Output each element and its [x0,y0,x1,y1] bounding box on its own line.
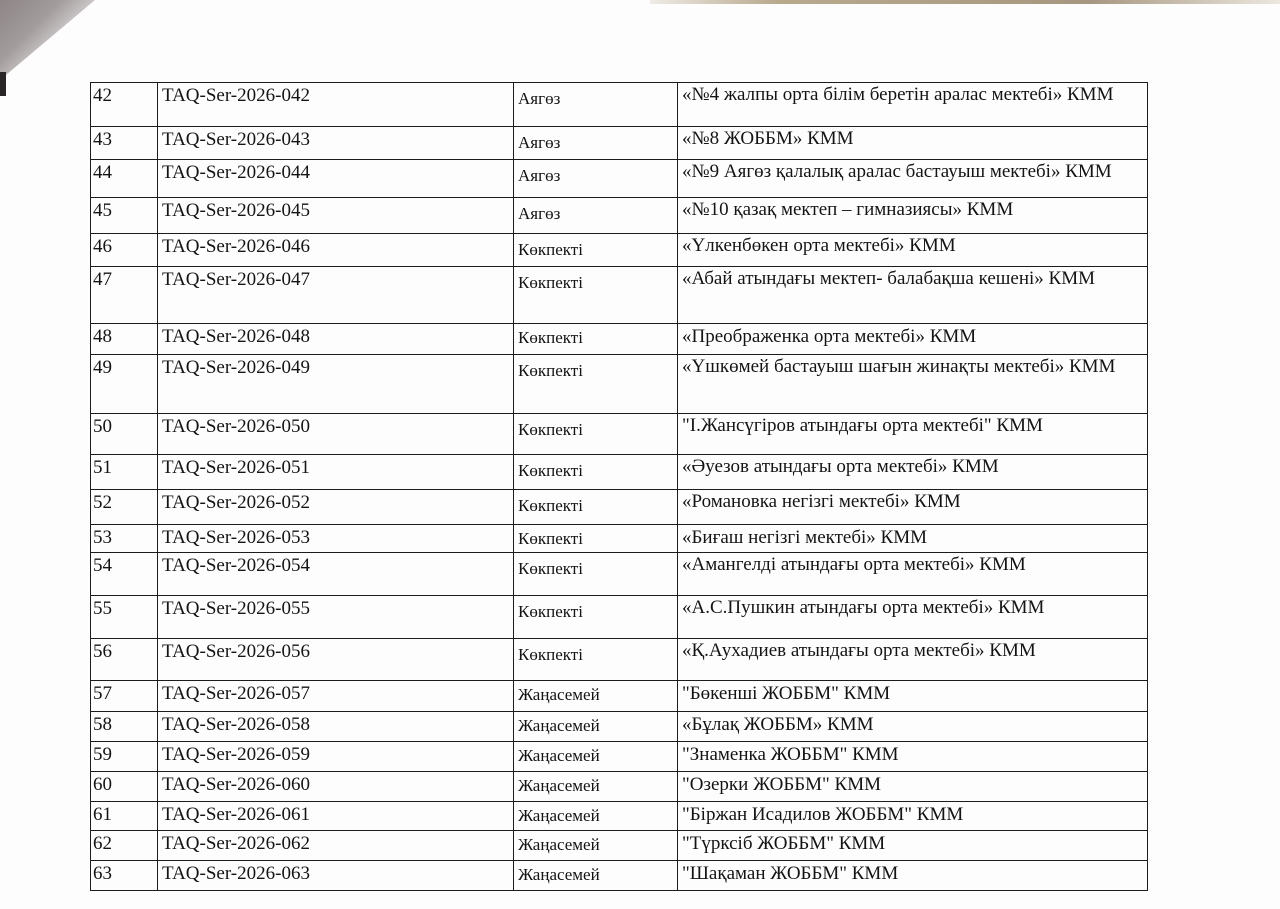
row-number: 53 [91,525,158,553]
row-number: 55 [91,596,158,639]
row-school-name: «№4 жалпы орта білім беретін аралас мект… [678,83,1148,127]
row-number: 46 [91,234,158,267]
table-row: 55 TAQ-Ser-2026-055 Көкпекті «А.С.Пушкин… [91,596,1148,639]
row-code: TAQ-Ser-2026-045 [158,198,514,234]
row-number: 51 [91,455,158,490]
row-school-name: «Үлкенбөкен орта мектебі» КММ [678,234,1148,267]
row-district: Көкпекті [514,324,678,355]
row-school-name: «Қ.Аухадиев атындағы орта мектебі» КММ [678,639,1148,681]
row-code: TAQ-Ser-2026-048 [158,324,514,355]
table-row: 62 TAQ-Ser-2026-062 Жаңасемей "Түрксіб Ж… [91,831,1148,861]
table-row: 52 TAQ-Ser-2026-052 Көкпекті «Романовка … [91,490,1148,525]
row-district: Аягөз [514,160,678,198]
row-school-name: "Түрксіб ЖОББМ" КММ [678,831,1148,861]
row-code: TAQ-Ser-2026-043 [158,127,514,160]
row-code: TAQ-Ser-2026-060 [158,772,514,802]
table-row: 48 TAQ-Ser-2026-048 Көкпекті «Преображен… [91,324,1148,355]
row-code: TAQ-Ser-2026-063 [158,861,514,891]
row-code: TAQ-Ser-2026-055 [158,596,514,639]
row-district: Аягөз [514,127,678,160]
row-number: 45 [91,198,158,234]
row-district: Көкпекті [514,267,678,324]
table-row: 45 TAQ-Ser-2026-045 Аягөз «№10 қазақ мек… [91,198,1148,234]
row-code: TAQ-Ser-2026-051 [158,455,514,490]
row-code: TAQ-Ser-2026-052 [158,490,514,525]
table-row: 43 TAQ-Ser-2026-043 Аягөз «№8 ЖОББМ» КММ [91,127,1148,160]
row-district: Көкпекті [514,414,678,455]
row-number: 60 [91,772,158,802]
photo-background-edge [0,72,6,96]
table-row: 53 TAQ-Ser-2026-053 Көкпекті «Биғаш негі… [91,525,1148,553]
row-district: Көкпекті [514,639,678,681]
table-row: 42 TAQ-Ser-2026-042 Аягөз «№4 жалпы орта… [91,83,1148,127]
row-school-name: «А.С.Пушкин атындағы орта мектебі» КММ [678,596,1148,639]
row-district: Жаңасемей [514,712,678,742]
row-district: Көкпекті [514,490,678,525]
table-row: 57 TAQ-Ser-2026-057 Жаңасемей "Бөкенші Ж… [91,681,1148,712]
table-row: 46 TAQ-Ser-2026-046 Көкпекті «Үлкенбөкен… [91,234,1148,267]
row-school-name: «Биғаш негізгі мектебі» КММ [678,525,1148,553]
table-body: 42 TAQ-Ser-2026-042 Аягөз «№4 жалпы орта… [91,83,1148,891]
document-page: 42 TAQ-Ser-2026-042 Аягөз «№4 жалпы орта… [90,82,1148,891]
row-school-name: «Абай атындағы мектеп- балабақша кешені»… [678,267,1148,324]
row-code: TAQ-Ser-2026-049 [158,355,514,414]
row-school-name: «Үшкөмей бастауыш шағын жинақты мектебі»… [678,355,1148,414]
row-code: TAQ-Ser-2026-053 [158,525,514,553]
row-school-name: "І.Жансүгіров атындағы орта мектебі" КММ [678,414,1148,455]
schools-table: 42 TAQ-Ser-2026-042 Аягөз «№4 жалпы орта… [90,82,1148,891]
row-number: 48 [91,324,158,355]
row-school-name: «№8 ЖОББМ» КММ [678,127,1148,160]
table-row: 47 TAQ-Ser-2026-047 Көкпекті «Абай атынд… [91,267,1148,324]
row-school-name: «Әуезов атындағы орта мектебі» КММ [678,455,1148,490]
row-number: 62 [91,831,158,861]
row-school-name: «Романовка негізгі мектебі» КММ [678,490,1148,525]
row-district: Көкпекті [514,455,678,490]
row-district: Аягөз [514,198,678,234]
table-row: 44 TAQ-Ser-2026-044 Аягөз «№9 Аягөз қала… [91,160,1148,198]
row-code: TAQ-Ser-2026-047 [158,267,514,324]
table-row: 50 TAQ-Ser-2026-050 Көкпекті "І.Жансүгір… [91,414,1148,455]
row-school-name: "Шақаман ЖОББМ" КММ [678,861,1148,891]
row-code: TAQ-Ser-2026-042 [158,83,514,127]
row-number: 57 [91,681,158,712]
row-number: 58 [91,712,158,742]
table-row: 56 TAQ-Ser-2026-056 Көкпекті «Қ.Аухадиев… [91,639,1148,681]
row-number: 61 [91,802,158,831]
row-district: Көкпекті [514,553,678,596]
row-district: Жаңасемей [514,772,678,802]
row-district: Көкпекті [514,596,678,639]
row-code: TAQ-Ser-2026-054 [158,553,514,596]
paper-top-edge [650,0,1280,4]
row-school-name: "Озерки ЖОББМ" КММ [678,772,1148,802]
row-district: Аягөз [514,83,678,127]
row-number: 44 [91,160,158,198]
row-district: Жаңасемей [514,742,678,772]
row-number: 54 [91,553,158,596]
row-number: 47 [91,267,158,324]
row-school-name: «№9 Аягөз қалалық аралас бастауыш мектеб… [678,160,1148,198]
row-district: Жаңасемей [514,861,678,891]
table-row: 60 TAQ-Ser-2026-060 Жаңасемей "Озерки ЖО… [91,772,1148,802]
table-row: 54 TAQ-Ser-2026-054 Көкпекті «Амангелді … [91,553,1148,596]
table-row: 49 TAQ-Ser-2026-049 Көкпекті «Үшкөмей ба… [91,355,1148,414]
row-code: TAQ-Ser-2026-057 [158,681,514,712]
row-school-name: «Амангелді атындағы орта мектебі» КММ [678,553,1148,596]
row-district: Көкпекті [514,234,678,267]
row-number: 43 [91,127,158,160]
row-district: Жаңасемей [514,681,678,712]
row-code: TAQ-Ser-2026-061 [158,802,514,831]
row-school-name: "Бөкенші ЖОББМ" КММ [678,681,1148,712]
row-number: 42 [91,83,158,127]
row-school-name: «Преображенка орта мектебі» КММ [678,324,1148,355]
row-code: TAQ-Ser-2026-050 [158,414,514,455]
row-code: TAQ-Ser-2026-062 [158,831,514,861]
row-district: Көкпекті [514,525,678,553]
row-district: Көкпекті [514,355,678,414]
row-number: 52 [91,490,158,525]
row-number: 49 [91,355,158,414]
table-row: 58 TAQ-Ser-2026-058 Жаңасемей «Бұлақ ЖОБ… [91,712,1148,742]
row-number: 59 [91,742,158,772]
table-row: 59 TAQ-Ser-2026-059 Жаңасемей "Знаменка … [91,742,1148,772]
table-row: 63 TAQ-Ser-2026-063 Жаңасемей "Шақаман Ж… [91,861,1148,891]
row-number: 50 [91,414,158,455]
row-district: Жаңасемей [514,831,678,861]
photo-corner-shadow [0,0,95,80]
table-row: 51 TAQ-Ser-2026-051 Көкпекті «Әуезов аты… [91,455,1148,490]
table-row: 61 TAQ-Ser-2026-061 Жаңасемей "Біржан Ис… [91,802,1148,831]
row-code: TAQ-Ser-2026-056 [158,639,514,681]
row-number: 56 [91,639,158,681]
row-code: TAQ-Ser-2026-044 [158,160,514,198]
row-school-name: «№10 қазақ мектеп – гимназиясы» КММ [678,198,1148,234]
row-code: TAQ-Ser-2026-059 [158,742,514,772]
row-code: TAQ-Ser-2026-046 [158,234,514,267]
row-code: TAQ-Ser-2026-058 [158,712,514,742]
row-school-name: "Знаменка ЖОББМ" КММ [678,742,1148,772]
row-school-name: "Біржан Исадилов ЖОББМ" КММ [678,802,1148,831]
row-school-name: «Бұлақ ЖОББМ» КММ [678,712,1148,742]
row-number: 63 [91,861,158,891]
row-district: Жаңасемей [514,802,678,831]
